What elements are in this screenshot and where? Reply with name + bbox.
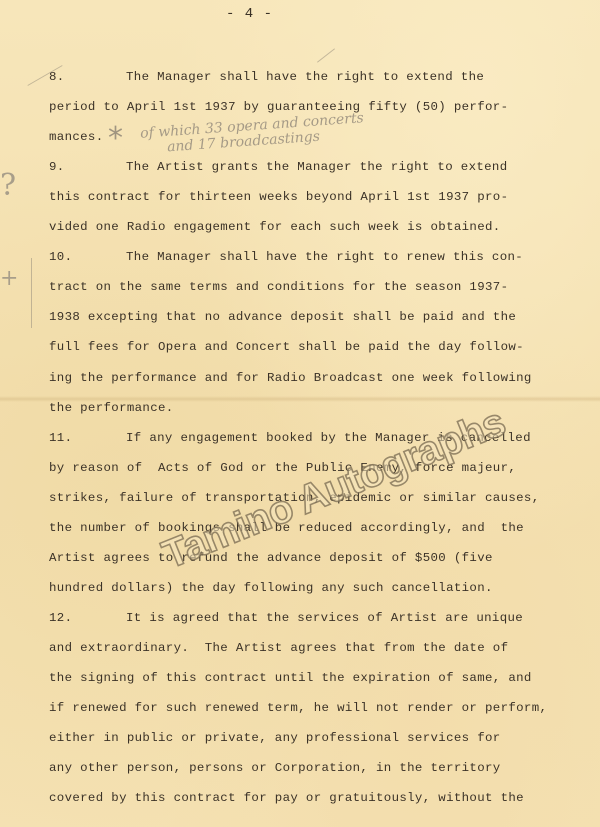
page-number: - 4 - bbox=[226, 6, 273, 22]
text-line: any other person, persons or Corporation… bbox=[49, 761, 501, 775]
text-line: the performance. bbox=[49, 401, 174, 415]
text-line: covered by this contract for pay or grat… bbox=[49, 791, 524, 805]
line-text: any other person, persons or Corporation… bbox=[49, 761, 501, 775]
line-text: vided one Radio engagement for each such… bbox=[49, 220, 501, 234]
line-text: mances. bbox=[49, 130, 104, 144]
text-line: vided one Radio engagement for each such… bbox=[49, 220, 501, 234]
line-text: hundred dollars) the day following any s… bbox=[49, 581, 493, 595]
text-line: full fees for Opera and Concert shall be… bbox=[49, 340, 524, 354]
line-text: full fees for Opera and Concert shall be… bbox=[49, 340, 524, 354]
line-text: The Artist grants the Manager the right … bbox=[126, 160, 508, 174]
line-text: and extraordinary. The Artist agrees tha… bbox=[49, 641, 508, 655]
clause-number: 8. bbox=[49, 70, 126, 84]
asterisk-mark: * bbox=[108, 121, 123, 156]
text-line: Artist agrees to refund the advance depo… bbox=[49, 551, 493, 565]
line-text: ing the performance and for Radio Broadc… bbox=[49, 371, 532, 385]
text-line: if renewed for such renewed term, he wil… bbox=[49, 701, 547, 715]
line-text: Artist agrees to refund the advance depo… bbox=[49, 551, 493, 565]
text-line: mances. bbox=[49, 130, 104, 144]
line-text: It is agreed that the services of Artist… bbox=[126, 611, 523, 625]
text-line: and extraordinary. The Artist agrees tha… bbox=[49, 641, 508, 655]
clause-number: 10. bbox=[49, 250, 126, 264]
text-line: 10.The Manager shall have the right to r… bbox=[49, 250, 523, 264]
pencil-tick bbox=[317, 48, 335, 62]
clause-number: 11. bbox=[49, 431, 126, 445]
text-line: ing the performance and for Radio Broadc… bbox=[49, 371, 532, 385]
text-line: tract on the same terms and conditions f… bbox=[49, 280, 508, 294]
line-text: this contract for thirteen weeks beyond … bbox=[49, 190, 508, 204]
line-text: covered by this contract for pay or grat… bbox=[49, 791, 524, 805]
text-line: this contract for thirteen weeks beyond … bbox=[49, 190, 508, 204]
line-text: The Manager shall have the right to rene… bbox=[126, 250, 523, 264]
line-text: 1938 excepting that no advance deposit s… bbox=[49, 310, 516, 324]
margin-plus-mark: + bbox=[0, 266, 18, 291]
margin-pencil-line bbox=[31, 258, 32, 328]
clause-number: 12. bbox=[49, 611, 126, 625]
text-line: 8.The Manager shall have the right to ex… bbox=[49, 70, 484, 84]
line-text: if renewed for such renewed term, he wil… bbox=[49, 701, 547, 715]
line-text: either in public or private, any profess… bbox=[49, 731, 501, 745]
line-text: The Manager shall have the right to exte… bbox=[126, 70, 484, 84]
text-line: 12.It is agreed that the services of Art… bbox=[49, 611, 523, 625]
text-line: hundred dollars) the day following any s… bbox=[49, 581, 493, 595]
text-line: period to April 1st 1937 by guaranteeing… bbox=[49, 100, 508, 114]
text-line: the signing of this contract until the e… bbox=[49, 671, 532, 685]
text-line: either in public or private, any profess… bbox=[49, 731, 501, 745]
margin-question-mark: ? bbox=[0, 168, 16, 203]
line-text: the signing of this contract until the e… bbox=[49, 671, 532, 685]
line-text: the performance. bbox=[49, 401, 174, 415]
line-text: period to April 1st 1937 by guaranteeing… bbox=[49, 100, 508, 114]
line-text: tract on the same terms and conditions f… bbox=[49, 280, 508, 294]
text-line: 1938 excepting that no advance deposit s… bbox=[49, 310, 516, 324]
text-line: 9.The Artist grants the Manager the righ… bbox=[49, 160, 508, 174]
clause-number: 9. bbox=[49, 160, 126, 174]
document-page: { "page_number": "- 4 -", "lines": [ {"n… bbox=[0, 0, 600, 827]
